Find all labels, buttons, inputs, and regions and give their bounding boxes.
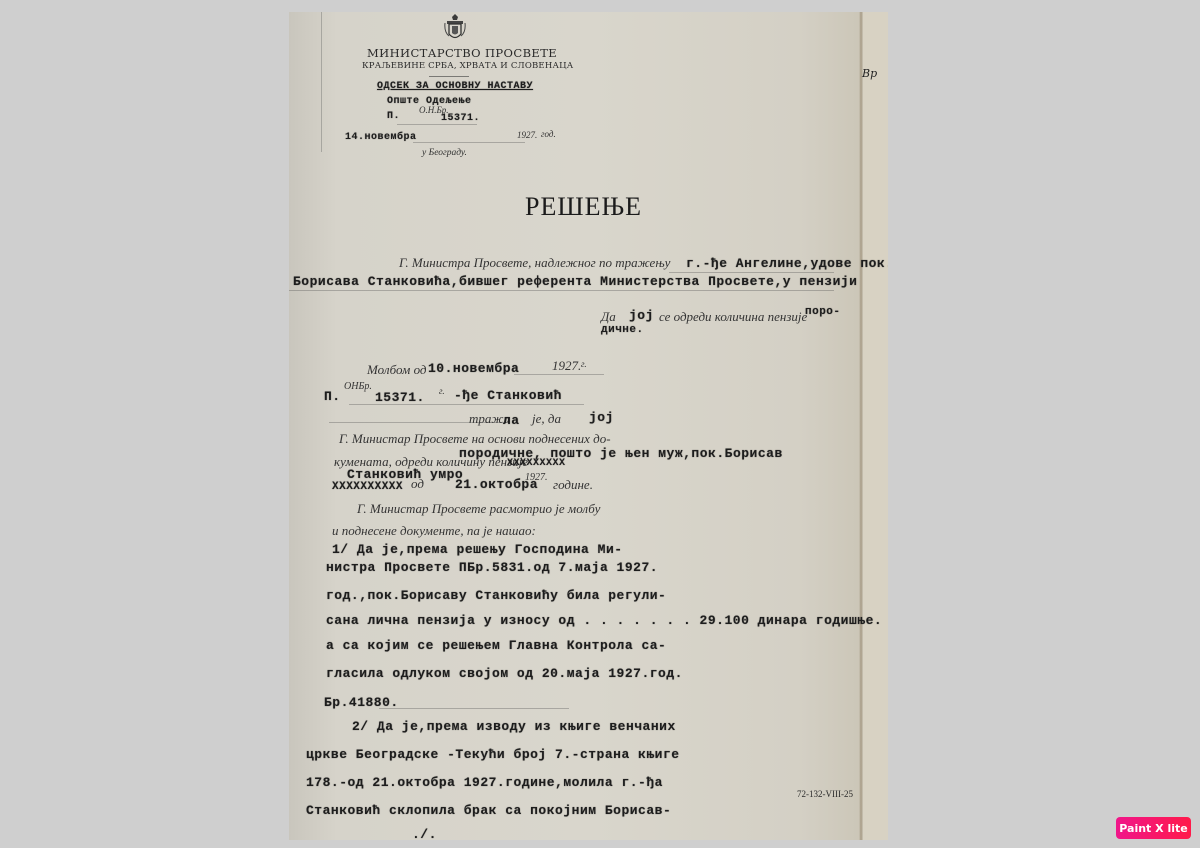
petition-ref-prefix: П. xyxy=(324,389,341,404)
petition-molbom: Молбом од xyxy=(367,362,426,378)
form-code: 72-132-VIII-25 xyxy=(797,789,853,799)
finding-2-line-2: цркве Београдске -Текући број 7.-страна … xyxy=(306,747,680,762)
finding-1-line-4: сана лична пензија у износу од . . . . .… xyxy=(326,613,882,628)
petition-name: -ђе Станковић xyxy=(454,388,562,403)
petition-year: 1927. xyxy=(552,358,581,374)
ref-number: 15371. xyxy=(441,113,480,124)
coat-of-arms-icon xyxy=(444,14,466,42)
petition-line-3-suffix: године. xyxy=(553,477,593,493)
finding-1-line-1: 1/ Да је,према решењу Господина Ми- xyxy=(332,542,623,557)
ministry-name: МИНИСТАРСТВО ПРОСВЕТЕ xyxy=(367,46,557,60)
finding-1-line-3: год.,пок.Борисаву Станковићу била регули… xyxy=(326,588,666,603)
letter-date-year: 1927. xyxy=(517,130,537,140)
intro-line-1 xyxy=(669,272,834,273)
petition-date: 10.новембра xyxy=(428,361,519,376)
place: у Београду. xyxy=(422,148,467,158)
finding-2-line-1: 2/ Да је,према изводу из књиге венчаних xyxy=(352,719,676,734)
petition-line-3-od: од xyxy=(411,476,424,492)
intro-typed-1: г.-ђе Ангелине,удове пок. xyxy=(686,256,888,271)
section-name: ОДСЕК ЗА ОСНОВНУ НАСТАВУ xyxy=(377,81,533,92)
petition-line-3-typed: Станковић умро xyxy=(347,467,463,482)
request-printed-1: Да xyxy=(601,309,616,325)
document-page: МИНИСТАРСТВО ПРОСВЕТЕ КРАЉЕВИНЕ СРБА, ХР… xyxy=(289,12,888,840)
letter-date-day: 14.новембра xyxy=(345,132,417,143)
consideration-line-1: Г. Министар Просвете расмотрио је молбу xyxy=(357,501,600,517)
request-printed-2: се одреди количина пензије xyxy=(659,309,807,325)
consideration-line-2: и поднесене документе, па је нашао: xyxy=(332,523,536,539)
petition-ref-line xyxy=(349,404,584,405)
ref-prefix: П. xyxy=(387,111,400,122)
margin-note: Вр xyxy=(862,67,877,80)
petition-date-line xyxy=(514,374,604,375)
intro-printed: Г. Министра Просвете, надлежног по траже… xyxy=(399,255,670,271)
paint-x-lite-badge[interactable]: Paint X lite xyxy=(1116,817,1191,839)
kingdom-name: КРАЉЕВИНЕ СРБА, ХРВАТА И СЛОВЕНАЦА xyxy=(362,61,573,71)
petition-joj: јој xyxy=(589,410,614,425)
request-typed-3: дичне. xyxy=(601,324,644,336)
finding-1-line-5: а са којим се решењем Главна Контрола са… xyxy=(326,638,666,653)
divider xyxy=(429,76,469,77)
finding-1-line-2: нистра Просвете ПБр.5831.од 7.маја 1927. xyxy=(326,560,658,575)
intro-typed-2: Борисава Станковића,бившег референта Мин… xyxy=(293,274,858,289)
petition-line-1: Г. Министар Просвете на основи поднесени… xyxy=(339,431,611,447)
petition-year-suffix: г. xyxy=(581,359,587,369)
intro-line-2 xyxy=(289,290,834,291)
finding-1-underline xyxy=(379,708,569,709)
petition-line-3-strike: XXXXXXXXXX xyxy=(332,481,403,493)
petition-g-label: г. xyxy=(439,386,445,396)
request-typed-1: јој xyxy=(629,308,654,323)
petition-je-da: је, да xyxy=(532,411,561,427)
petition-trazhi-typed: ла xyxy=(503,413,520,428)
finding-2-line-3: 178.-од 21.октобра 1927.године,молила г.… xyxy=(306,775,663,790)
date-underline xyxy=(413,142,525,143)
margin-line xyxy=(321,12,322,152)
continuation-mark: ./. xyxy=(412,827,437,840)
request-typed-2: поро- xyxy=(805,306,841,318)
petition-ref-label: ОНБр. xyxy=(344,381,372,392)
year-suffix: год. xyxy=(541,129,556,139)
ref-underline xyxy=(397,124,477,125)
document-title: РЕШЕЊЕ xyxy=(525,192,642,222)
petition-ref-number: 15371. xyxy=(375,390,425,405)
petition-line-2-strike: XXXXXXXXX xyxy=(507,458,566,469)
page-edge xyxy=(863,12,888,840)
finding-1-line-6: гласила одлуком својом од 20.маја 1927.г… xyxy=(326,666,683,681)
petition-line-3-year: 1927. xyxy=(525,472,548,483)
finding-2-line-4: Станковић склопила брак са покојним Бори… xyxy=(306,803,671,818)
